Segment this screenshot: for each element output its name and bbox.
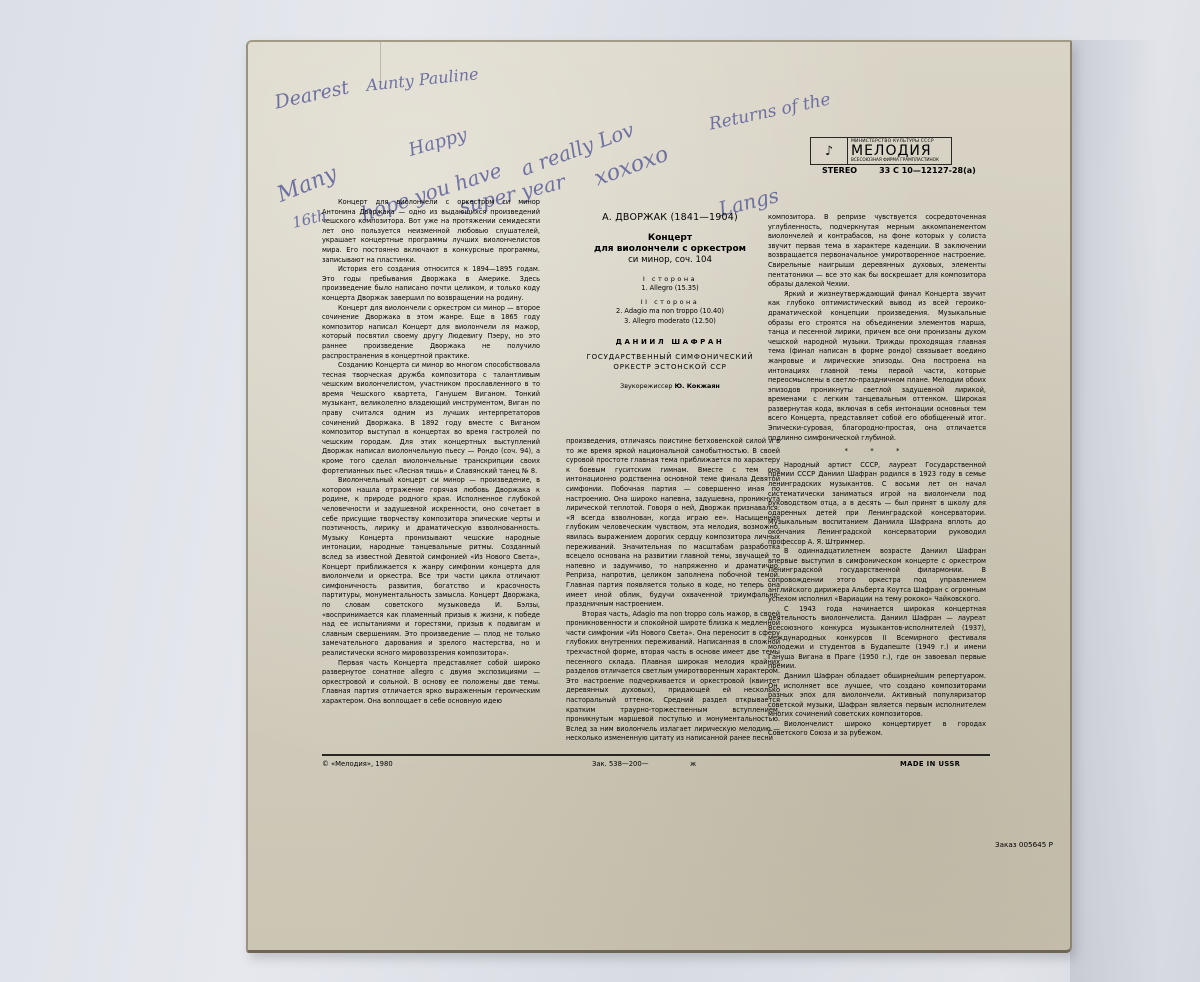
engineer-name: Ю. Кокжаян bbox=[675, 382, 720, 390]
melodiya-emblem-icon: ♪ bbox=[811, 138, 848, 164]
side-two-label: II сторона bbox=[560, 298, 780, 306]
track: 1. Allegro (15.35) bbox=[560, 283, 780, 293]
handwriting-happy: Happy bbox=[406, 124, 469, 161]
performer-name: ДАНИИЛ ШАФРАН bbox=[560, 338, 780, 346]
footer-rule bbox=[322, 754, 990, 756]
wall-shadow bbox=[1070, 40, 1200, 982]
liner-notes-middle: произведения, отличаясь поистине бетхове… bbox=[566, 437, 780, 744]
paragraph: С 1943 года начинается широкая концертна… bbox=[768, 605, 986, 672]
made-in-ussr: MADE IN USSR bbox=[900, 760, 960, 768]
paragraph: Концерт для виолончели с оркестром си ми… bbox=[322, 198, 540, 265]
paragraph: композитора. В репризе чувствуется сосре… bbox=[768, 213, 986, 290]
paragraph: Даниил Шафран обладает обширнейшим репер… bbox=[768, 672, 986, 720]
sound-engineer: Звукорежиссер Ю. Кокжаян bbox=[560, 382, 780, 390]
work-key: си минор, соч. 104 bbox=[560, 255, 780, 266]
paragraph: Виолончельный концерт си минор — произве… bbox=[322, 476, 540, 658]
paragraph: Виолончелист широко концертирует в город… bbox=[768, 720, 986, 739]
work-title-line2: для виолончели с оркестром bbox=[560, 244, 780, 255]
catalog-row: STEREO 33 С 10—12127-28(а) bbox=[822, 166, 976, 175]
paragraph: произведения, отличаясь поистине бетхове… bbox=[566, 437, 780, 610]
paragraph: Народный артист СССР, лауреат Государств… bbox=[768, 461, 986, 547]
paragraph: Созданию Концерта си минор во многом спо… bbox=[322, 361, 540, 476]
liner-notes-right: композитора. В репризе чувствуется сосре… bbox=[768, 213, 986, 739]
liner-notes-left: Концерт для виолончели с оркестром си ми… bbox=[322, 198, 540, 706]
orchestra-line1: ГОСУДАРСТВЕННЫЙ СИМФОНИЧЕСКИЙ bbox=[560, 352, 780, 362]
handwriting-returns: Returns of the bbox=[707, 89, 832, 134]
track: 2. Adagio ma non troppo (10.40) bbox=[560, 306, 780, 316]
order-number: Заказ 005645 Р bbox=[995, 840, 1053, 849]
work-title: Концерт bbox=[560, 233, 780, 244]
melodiya-logo: ♪ МИНИСТЕРСТВО КУЛЬТУРЫ СССР МЕЛОДИЯ ВСЕ… bbox=[810, 137, 952, 165]
paragraph: Яркий и жизнеутверждающий финал Концерта… bbox=[768, 290, 986, 444]
handwriting-dearest: Dearest bbox=[273, 76, 351, 113]
orchestra-line2: ОРКЕСТР ЭСТОНСКОЙ ССР bbox=[560, 362, 780, 372]
engineer-label: Звукорежиссер bbox=[620, 382, 672, 390]
paragraph: Концерт для виолончели с оркестром си ми… bbox=[322, 304, 540, 362]
paragraph: Первая часть Концерта представляет собой… bbox=[322, 659, 540, 707]
track: 3. Allegro moderato (12.50) bbox=[560, 316, 780, 326]
section-separator: * * * bbox=[768, 447, 986, 457]
paragraph: Вторая часть, Adagio ma non troppo соль … bbox=[566, 610, 780, 744]
handwriting-name: Aunty Pauline bbox=[365, 64, 479, 95]
paragraph: В одиннадцатилетнем возрасте Даниил Шафр… bbox=[768, 547, 986, 605]
print-mark: ж bbox=[690, 760, 696, 768]
catalog-number: 33 С 10—12127-28(а) bbox=[879, 166, 976, 175]
album-credits: А. ДВОРЖАК (1841—1904) Концерт для виоло… bbox=[560, 212, 780, 390]
print-order: Зак. 538—200— bbox=[592, 760, 649, 768]
side-one-label: I сторона bbox=[560, 275, 780, 283]
paragraph: История его создания относится к 1894—18… bbox=[322, 265, 540, 303]
copyright: © «Мелодия», 1980 bbox=[322, 760, 393, 768]
logo-brand: МЕЛОДИЯ bbox=[851, 144, 951, 158]
logo-brand-sub: ВСЕСОЮЗНАЯ ФИРМА ГРАМПЛАСТИНОК bbox=[851, 158, 951, 162]
stereo-label: STEREO bbox=[822, 166, 857, 175]
composer-heading: А. ДВОРЖАК (1841—1904) bbox=[560, 212, 780, 223]
